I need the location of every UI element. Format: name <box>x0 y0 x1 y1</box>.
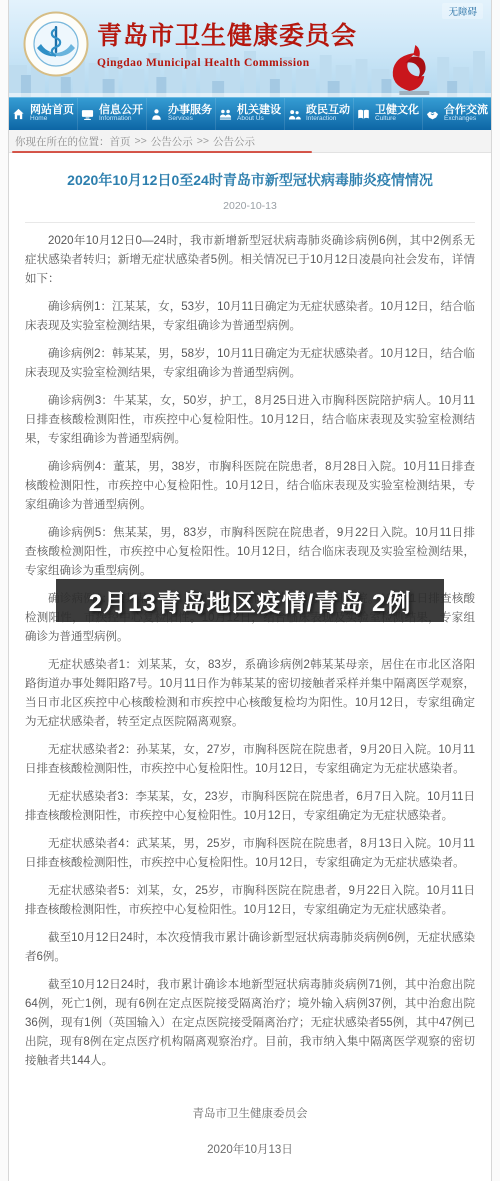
article-signature: 青岛市卫生健康委员会 <box>25 1105 475 1121</box>
site-subtitle: Qingdao Municipal Health Commission <box>97 57 357 69</box>
article-body: 2020年10月12日0—24时，我市新增新型冠状病毒肺炎确诊病例6例，其中2例… <box>25 232 475 1071</box>
nav-item-services[interactable]: 办事服务Services <box>147 98 216 130</box>
article-paragraph: 2020年10月12日0—24时，我市新增新型冠状病毒肺炎确诊病例6例，其中2例… <box>25 232 475 289</box>
breadcrumb-separator: >> <box>135 135 147 147</box>
nav-items: 网站首页Home信息公开Information办事服务Services机关建设A… <box>9 98 491 130</box>
breadcrumb-section-link[interactable]: 公告公示 <box>151 134 193 149</box>
article-title: 2020年10月12日0至24时青岛市新型冠状病毒肺炎疫情情况 <box>29 171 471 191</box>
site-title-block: 青岛市卫生健康委员会 Qingdao Municipal Health Comm… <box>97 16 357 69</box>
page: 青岛市卫生健康委员会 Qingdao Municipal Health Comm… <box>8 0 492 1181</box>
breadcrumb-prefix: 你现在所在的位置： <box>15 134 110 149</box>
breadcrumb-red-underline <box>12 151 312 153</box>
site-header: 青岛市卫生健康委员会 Qingdao Municipal Health Comm… <box>9 0 491 97</box>
article-paragraph: 无症状感染者3：李某某，女，23岁，市胸科医院在院患者，6月7日入院。10月11… <box>25 788 475 826</box>
article-paragraph: 确诊病例2：韩某某，男，58岁，10月11日确定为无症状感染者。10月12日，结… <box>25 345 475 383</box>
nav-item-sublabel: Services <box>168 116 212 123</box>
nav-item-exchange[interactable]: 合作交流Exchanges <box>423 98 491 130</box>
handshake-icon <box>426 108 439 121</box>
paragraph-with-overlay: 确诊病例6：某某某，女，市胸科医院在院患者，9月25日入院。10月11日排查核酸… <box>25 590 475 647</box>
people-chat-icon <box>288 108 301 121</box>
nav-item-information[interactable]: 信息公开Information <box>78 98 147 130</box>
article-paragraph: 确诊病例5：焦某某，男，83岁，市胸科医院在院患者，9月22日入院。10月11日… <box>25 524 475 581</box>
overlay-caption-banner: 2月13青岛地区疫情/青岛 2例 <box>56 579 444 622</box>
nav-item-sublabel: Culture <box>375 116 419 123</box>
nav-item-sublabel: Interaction <box>306 116 350 123</box>
breadcrumb-separator: >> <box>197 135 209 147</box>
nav-item-culture[interactable]: 卫健文化Culture <box>354 98 423 130</box>
person-icon <box>150 108 163 121</box>
health-commission-logo <box>23 11 89 77</box>
article-date: 2020-10-13 <box>25 200 475 223</box>
article-paragraph: 无症状感染者4：武某某，男，25岁，市胸科医院在院患者，8月13日入院。10月1… <box>25 835 475 873</box>
article-paragraph: 无症状感染者1：刘某某，女，83岁，系确诊病例2韩某某母亲，居住在市北区洛阳路街… <box>25 656 475 732</box>
home-icon <box>12 108 25 121</box>
article-paragraph: 无症状感染者2：孙某某，女，27岁，市胸科医院在院患者，9月20日入院。10月1… <box>25 741 475 779</box>
article-paragraph: 确诊病例3：牛某某，女，50岁，护工，8月25日进入市胸科医院陪护病人。10月1… <box>25 392 475 449</box>
article-paragraph: 截至10月12日24时，本次疫情我市累计确诊新型冠状病毒肺炎病例6例，无症状感染… <box>25 929 475 967</box>
main-nav: 网站首页Home信息公开Information办事服务Services机关建设A… <box>9 97 491 130</box>
nav-item-interaction[interactable]: 政民互动Interaction <box>285 98 354 130</box>
breadcrumb-home-link[interactable]: 首页 <box>110 134 131 149</box>
nav-item-about[interactable]: 机关建设About Us <box>216 98 285 130</box>
nav-item-home[interactable]: 网站首页Home <box>9 98 78 130</box>
article-paragraph: 确诊病例1：江某某，女，53岁，10月11日确定为无症状感染者。10月12日，结… <box>25 298 475 336</box>
nav-item-sublabel: Exchanges <box>444 116 488 123</box>
may-wind-sculpture-illustration <box>393 45 430 95</box>
breadcrumb: 你现在所在的位置： 首页 >> 公告公示 >> 公告公示 <box>9 130 491 153</box>
article-paragraph: 确诊病例4：董某，男，38岁，市胸科医院在院患者，8月28日入院。10月11日排… <box>25 458 475 515</box>
nav-item-sublabel: About Us <box>237 116 281 123</box>
book-icon <box>357 108 370 121</box>
nav-item-sublabel: Information <box>99 116 143 123</box>
site-title: 青岛市卫生健康委员会 <box>97 16 357 52</box>
group-icon <box>219 108 232 121</box>
accessibility-link[interactable]: 无障碍 <box>442 3 483 19</box>
article-paragraph: 无症状感染者5：刘某，女，25岁，市胸科医院在院患者，9月22日入院。10月11… <box>25 882 475 920</box>
breadcrumb-current-link[interactable]: 公告公示 <box>213 134 255 149</box>
nav-item-sublabel: Home <box>30 116 74 123</box>
article-paragraph: 截至10月12日24时，我市累计确诊本地新型冠状病毒肺炎病例71例，其中治愈出院… <box>25 976 475 1071</box>
article: 2020年10月12日0至24时青岛市新型冠状病毒肺炎疫情情况 2020-10-… <box>9 171 491 1181</box>
article-signature-date: 2020年10月13日 <box>25 1141 475 1157</box>
document-icon <box>81 108 94 121</box>
